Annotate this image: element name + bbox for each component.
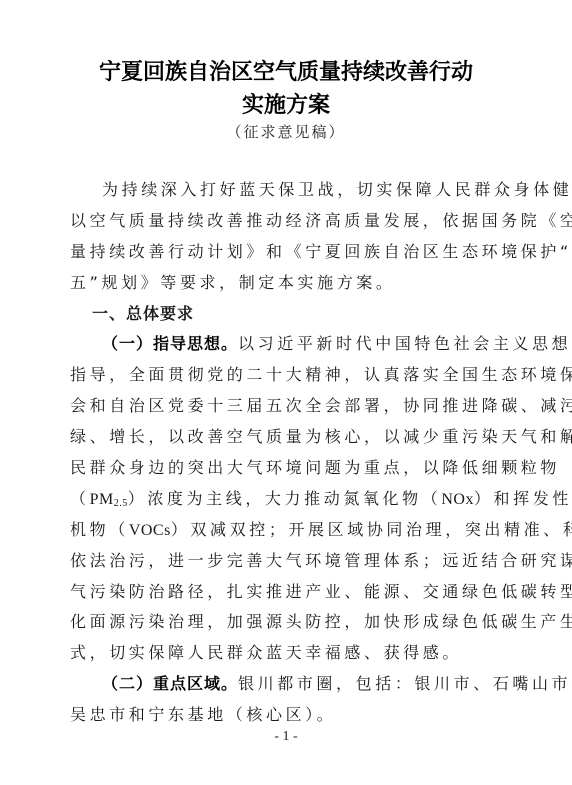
text-segment: ）浓度为主线，大力推动氮氧化物（ xyxy=(128,489,442,508)
text-line: 吴忠市和宁东基地（核心区）。 xyxy=(70,700,512,731)
key-region-text: 银川都市圈，包括：银川市、石嘴山市、 xyxy=(238,674,572,693)
page-number: - 1 - xyxy=(0,728,572,746)
document-page: 宁夏回族自治区空气质量持续改善行动 实施方案 （征求意见稿） 为持续深入打好蓝天… xyxy=(0,0,572,785)
document-body: 为持续深入打好蓝天保卫战，切实保障人民群众身体健康， 以空气质量持续改善推动经济… xyxy=(70,175,512,731)
text-line: 式，切实保障人民群众蓝天幸福感、获得感。 xyxy=(70,638,512,669)
text-line: 化面源污染治理，加强源头防控，加快形成绿色低碳生产生活方 xyxy=(70,607,512,638)
pm-subscript: 2.5 xyxy=(114,498,128,509)
vocs-text: VOCs xyxy=(129,522,171,539)
document-subtitle: （征求意见稿） xyxy=(0,121,572,143)
text-line: 会和自治区党委十三届五次全会部署，协同推进降碳、减污、扩 xyxy=(70,391,512,422)
text-line: （一）指导思想。以习近平新时代中国特色社会主义思想为 xyxy=(70,329,512,360)
text-line: 民群众身边的突出大气环境问题为重点，以降低细颗粒物 xyxy=(70,453,512,484)
nox-text: NOx xyxy=(441,491,474,508)
text-line: 依法治污，进一步完善大气环境管理体系；远近结合研究谋划大 xyxy=(70,546,512,577)
guiding-paragraph: （一）指导思想。以习近平新时代中国特色社会主义思想为 指导，全面贯彻党的二十大精… xyxy=(70,329,512,669)
key-region-label: （二）重点区域。 xyxy=(102,674,238,693)
pm-text: PM xyxy=(90,491,114,508)
text-line: 绿、增长，以改善空气质量为核心，以减少重污染天气和解决人 xyxy=(70,422,512,453)
text-segment: ）双减双控；开展区域协同治理，突出精准、科学、 xyxy=(171,520,572,539)
text-line: （二）重点区域。银川都市圈，包括：银川市、石嘴山市、 xyxy=(70,669,512,700)
section-heading: 一、总体要求 xyxy=(70,299,512,330)
document-title-line1: 宁夏回族自治区空气质量持续改善行动 xyxy=(0,56,572,89)
text-line: 五”规划》等要求，制定本实施方案。 xyxy=(70,268,512,299)
section1-heading: 一、总体要求 xyxy=(70,299,512,330)
text-segment: ）和挥发性有 xyxy=(474,489,572,508)
document-title-line2: 实施方案 xyxy=(0,89,572,122)
text-line: 为持续深入打好蓝天保卫战，切实保障人民群众身体健康， xyxy=(70,175,512,206)
guiding-text: 以习近平新时代中国特色社会主义思想为 xyxy=(238,334,572,353)
text-line: 气污染防治路径，扎实推进产业、能源、交通绿色低碳转型，强 xyxy=(70,577,512,608)
text-line: 以空气质量持续改善推动经济高质量发展，依据国务院《空气质 xyxy=(70,206,512,237)
text-line: 量持续改善行动计划》和《宁夏回族自治区生态环境保护“十四 xyxy=(70,237,512,268)
intro-paragraph: 为持续深入打好蓝天保卫战，切实保障人民群众身体健康， 以空气质量持续改善推动经济… xyxy=(70,175,512,299)
paren: （ xyxy=(70,489,90,508)
text-segment: 机物（ xyxy=(70,520,129,539)
key-region-paragraph: （二）重点区域。银川都市圈，包括：银川市、石嘴山市、 吴忠市和宁东基地（核心区）… xyxy=(70,669,512,731)
guiding-label: （一）指导思想。 xyxy=(102,334,238,353)
text-line: 机物（VOCs）双减双控；开展区域协同治理，突出精准、科学、 xyxy=(70,515,512,546)
text-line: 指导，全面贯彻党的二十大精神，认真落实全国生态环境保护大 xyxy=(70,360,512,391)
text-line: （PM2.5）浓度为主线，大力推动氮氧化物（NOx）和挥发性有 xyxy=(70,484,512,515)
